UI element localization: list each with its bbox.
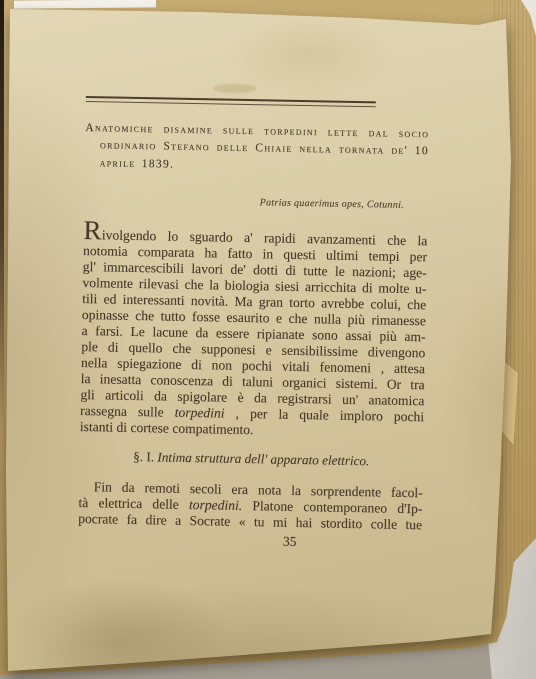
paragraph-introduction: Rivolgendo lo sguardo a' rapidi avanzame…: [80, 227, 428, 441]
book-photo: Anatomiche disamine sulle torpedini lett…: [0, 0, 536, 679]
paragraph-section-one: Fin da remoti secoli era nota la sorpren…: [78, 479, 423, 533]
page-text-column: Anatomiche disamine sulle torpedini lett…: [78, 90, 430, 553]
section-heading: §. I. Intima struttura dell' apparato el…: [79, 448, 423, 470]
initial-capital: R: [83, 215, 102, 245]
article-title: Anatomiche disamine sulle torpedini lett…: [85, 119, 430, 178]
text-line: §. I. Intima struttura dell' apparato el…: [79, 448, 423, 470]
double-rule: [86, 96, 376, 107]
epigraph: Patrias quaerimus opes, Cotunni.: [84, 194, 428, 211]
